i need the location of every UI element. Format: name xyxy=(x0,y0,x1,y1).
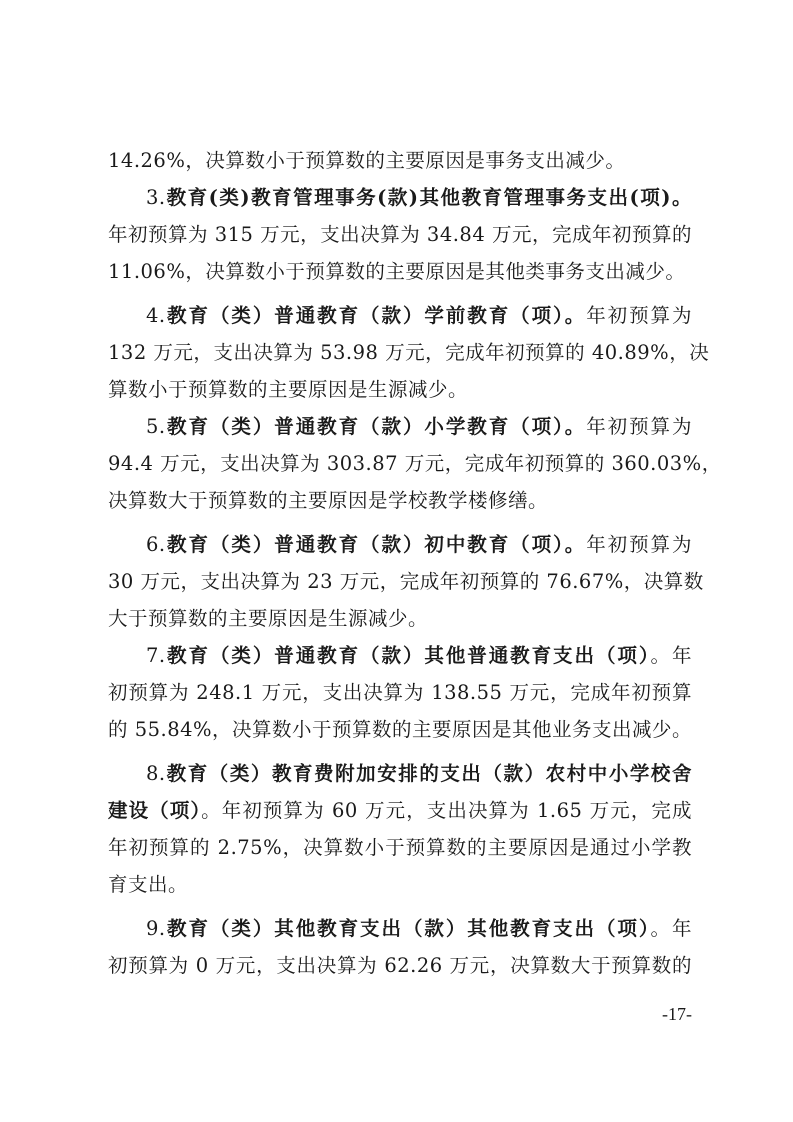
text-line: 8.教育（类）教育费附加安排的支出（款）农村中小学校舍 xyxy=(146,758,692,790)
item-heading: 教育（类）普通教育（款）学前教育（项）。 xyxy=(166,304,587,327)
text-line: 年初预算为 315 万元，支出决算为 34.84 万元，完成年初预算的 xyxy=(108,219,692,251)
item-heading: 教育（类）教育费附加安排的支出（款）农村中小学校舍 xyxy=(166,762,692,785)
text-line: 11.06%，决算数小于预算数的主要原因是其他类事务支出减少。 xyxy=(108,256,692,288)
body-text-run: 大于预算数的主要原因是生源减少。 xyxy=(108,607,428,630)
text-line: 算数小于预算数的主要原因是生源减少。 xyxy=(108,374,692,406)
document-page: 14.26%，决算数小于预算数的主要原因是事务支出减少。3.教育(类)教育管理事… xyxy=(0,0,793,1122)
text-line: 建设（项）。年初预算为 60 万元，支出决算为 1.65 万元，完成 xyxy=(108,795,692,827)
text-line: 7.教育（类）普通教育（款）其他普通教育支出（项）。年 xyxy=(146,640,692,672)
text-line: 初预算为 0 万元，支出决算为 62.26 万元，决算数大于预算数的 xyxy=(108,950,692,982)
item-heading: 建设（项） xyxy=(108,799,201,822)
text-line: 的 55.84%，决算数小于预算数的主要原因是其他业务支出减少。 xyxy=(108,714,692,746)
item-heading: 教育（类）普通教育（款）初中教育（项）。 xyxy=(166,533,587,556)
text-line: 决算数大于预算数的主要原因是学校教学楼修缮。 xyxy=(108,485,692,517)
body-text-run: 7. xyxy=(146,644,166,667)
text-line: 3.教育(类)教育管理事务(款)其他教育管理事务支出(项)。 xyxy=(146,182,692,214)
body-text-run: 育支出。 xyxy=(108,873,188,896)
text-line: 9.教育（类）其他教育支出（款）其他教育支出（项）。年 xyxy=(146,913,692,945)
body-text-run: 。年 xyxy=(651,917,692,940)
text-line: 30 万元，支出决算为 23 万元，完成年初预算的 76.67%，决算数 xyxy=(108,566,692,598)
body-text-run: 年初预算为 xyxy=(586,304,692,327)
text-line: 132 万元，支出决算为 53.98 万元，完成年初预算的 40.89%，决 xyxy=(108,337,692,369)
body-text-run: 6. xyxy=(146,533,166,556)
body-text-run: 11.06%，决算数小于预算数的主要原因是其他类事务支出减少。 xyxy=(108,260,685,283)
body-text-run: 8. xyxy=(146,762,166,785)
text-line: 5.教育（类）普通教育（款）小学教育（项）。年初预算为 xyxy=(146,411,692,443)
body-text-run: 的 55.84%，决算数小于预算数的主要原因是其他业务支出减少。 xyxy=(108,718,692,741)
body-text-run: 30 万元，支出决算为 23 万元，完成年初预算的 76.67%，决算数 xyxy=(108,570,704,593)
body-text-run: 决算数大于预算数的主要原因是学校教学楼修缮。 xyxy=(108,489,548,512)
body-text-run: 4. xyxy=(146,304,166,327)
text-line: 育支出。 xyxy=(108,869,692,901)
body-text-run: 。年 xyxy=(651,644,692,667)
body-text-run: 3. xyxy=(146,186,166,209)
body-text-run: 5. xyxy=(146,415,166,438)
text-line: 94.4 万元，支出决算为 303.87 万元，完成年初预算的 360.03%， xyxy=(108,448,692,480)
body-text-run: 年初预算为 315 万元，支出决算为 34.84 万元，完成年初预算的 xyxy=(108,223,692,246)
body-text-run: 初预算为 248.1 万元，支出决算为 138.55 万元，完成年初预算 xyxy=(108,681,692,704)
item-heading: 教育（类）普通教育（款）其他普通教育支出（项） xyxy=(166,644,651,667)
body-text-run: 14.26%，决算数小于预算数的主要原因是事务支出减少。 xyxy=(108,149,625,172)
text-line: 6.教育（类）普通教育（款）初中教育（项）。年初预算为 xyxy=(146,529,692,561)
item-heading: 教育(类)教育管理事务(款)其他教育管理事务支出(项)。 xyxy=(166,186,692,209)
text-line: 年初预算的 2.75%，决算数小于预算数的主要原因是通过小学教 xyxy=(108,832,692,864)
page-number: -17- xyxy=(662,1002,692,1026)
body-text-run: 94.4 万元，支出决算为 303.87 万元，完成年初预算的 360.03%， xyxy=(108,452,722,475)
body-text-run: 年初预算为 xyxy=(586,415,692,438)
body-text-run: 年初预算的 2.75%，决算数小于预算数的主要原因是通过小学教 xyxy=(108,836,692,859)
body-text-run: 132 万元，支出决算为 53.98 万元，完成年初预算的 40.89%，决 xyxy=(108,341,709,364)
item-heading: 教育（类）普通教育（款）小学教育（项）。 xyxy=(166,415,587,438)
text-line: 4.教育（类）普通教育（款）学前教育（项）。年初预算为 xyxy=(146,300,692,332)
body-text-run: 。年初预算为 60 万元，支出决算为 1.65 万元，完成 xyxy=(201,799,692,822)
body-text-run: 初预算为 0 万元，支出决算为 62.26 万元，决算数大于预算数的 xyxy=(108,954,692,977)
body-text-run: 算数小于预算数的主要原因是生源减少。 xyxy=(108,378,468,401)
body-text-run: 9. xyxy=(146,917,166,940)
body-text-run: 年初预算为 xyxy=(586,533,692,556)
text-line: 初预算为 248.1 万元，支出决算为 138.55 万元，完成年初预算 xyxy=(108,677,692,709)
item-heading: 教育（类）其他教育支出（款）其他教育支出（项） xyxy=(166,917,651,940)
text-line: 14.26%，决算数小于预算数的主要原因是事务支出减少。 xyxy=(108,145,692,177)
text-line: 大于预算数的主要原因是生源减少。 xyxy=(108,603,692,635)
